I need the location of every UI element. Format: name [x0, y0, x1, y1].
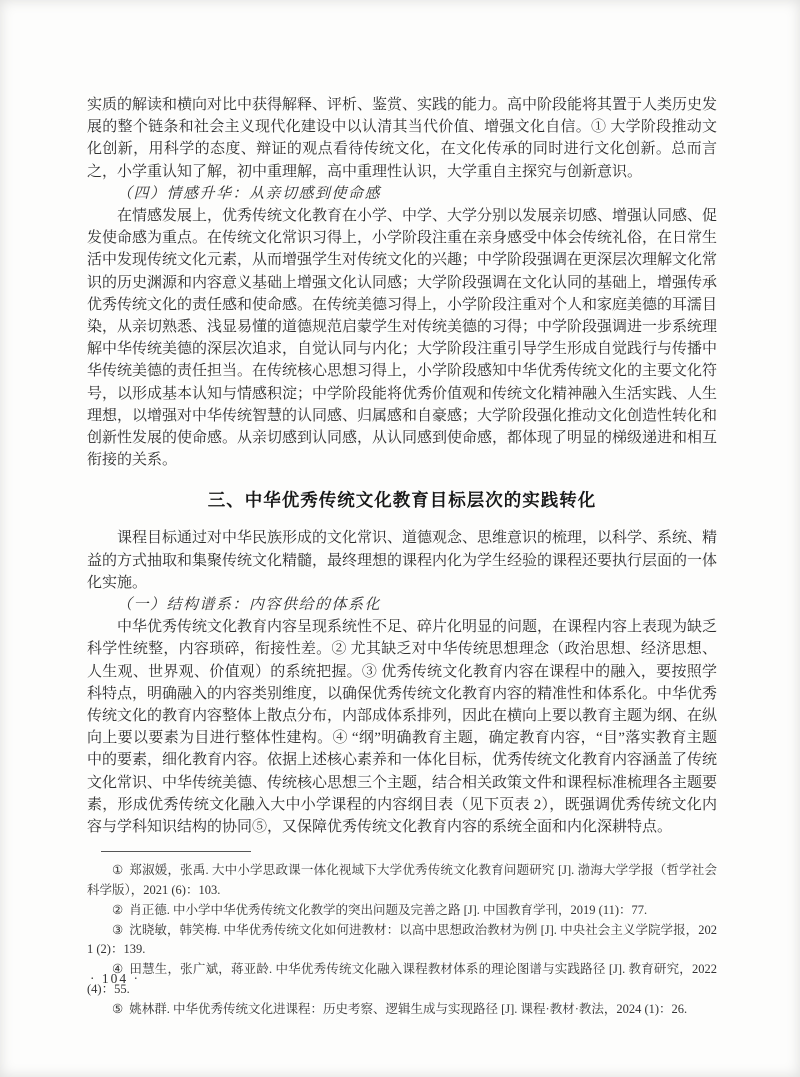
- footnote-separator: [101, 851, 251, 852]
- footnote-3-text: 沈晓敏，韩笑梅. 中华优秀传统文化如何进教材：以高中思想政治教材为例 [J]. …: [87, 923, 717, 957]
- footnote-5-marker: ⑤: [112, 1002, 123, 1016]
- paragraph-emotion: 在情感发展上，优秀传统文化教育在小学、中学、大学分别以发展亲切感、增强认同感、促…: [87, 205, 717, 471]
- footnote-2-text: 肖正德. 中小学中华优秀传统文化教学的突出问题及完善之路 [J]. 中国教育学刊…: [129, 903, 647, 917]
- text-column: 实质的解读和横向对比中获得解释、评析、鉴赏、实践的能力。高中阶段能将其置于人类历…: [87, 94, 717, 1020]
- footnote-5-text: 姚林群. 中华优秀传统文化进课程：历史考察、逻辑生成与实现路径 [J]. 课程·…: [129, 1002, 687, 1016]
- footnote-1: ①郑淑媛，张禹. 大中小学思政课一体化视域下大学优秀传统文化教育问题研究 [J]…: [87, 861, 717, 901]
- footnote-5: ⑤姚林群. 中华优秀传统文化进课程：历史考察、逻辑生成与实现路径 [J]. 课程…: [87, 1000, 717, 1020]
- scanned-journal-page: 实质的解读和横向对比中获得解释、评析、鉴赏、实践的能力。高中阶段能将其置于人类历…: [0, 0, 800, 1077]
- footnote-4-text: 田慧生，张广斌，蒋亚龄. 中华优秀传统文化融入课程教材体系的理论图谱与实践路径 …: [87, 962, 717, 996]
- paragraph-structure: 中华优秀传统文化教育内容呈现系统性不足、碎片化明显的问题，在课程内容上表现为缺乏…: [87, 616, 717, 838]
- subheading-structure: （一）结构谱系：内容供给的体系化: [87, 594, 717, 616]
- footnote-2: ②肖正德. 中小学中华优秀传统文化教学的突出问题及完善之路 [J]. 中国教育学…: [87, 901, 717, 921]
- footnote-1-text: 郑淑媛，张禹. 大中小学思政课一体化视域下大学优秀传统文化教育问题研究 [J].…: [87, 863, 717, 897]
- page-number: · 104 ·: [90, 971, 140, 987]
- footnote-1-marker: ①: [112, 863, 123, 877]
- footnotes-block: ①郑淑媛，张禹. 大中小学思政课一体化视域下大学优秀传统文化教育问题研究 [J]…: [87, 861, 717, 1019]
- section-heading: 三、中华优秀传统文化教育目标层次的实践转化: [87, 488, 717, 512]
- paragraph-course-goal: 课程目标通过对中华民族形成的文化常识、道德观念、思维意识的梳理，以科学、系统、精…: [87, 527, 717, 594]
- paragraph-continuation: 实质的解读和横向对比中获得解释、评析、鉴赏、实践的能力。高中阶段能将其置于人类历…: [87, 94, 717, 183]
- footnote-2-marker: ②: [112, 903, 123, 917]
- footnote-3: ③沈晓敏，韩笑梅. 中华优秀传统文化如何进教材：以高中思想政治教材为例 [J].…: [87, 921, 717, 961]
- subheading-emotion: （四）情感升华：从亲切感到使命感: [87, 183, 717, 205]
- footnote-4: ④田慧生，张广斌，蒋亚龄. 中华优秀传统文化融入课程教材体系的理论图谱与实践路径…: [87, 960, 717, 1000]
- footnote-3-marker: ③: [112, 923, 123, 937]
